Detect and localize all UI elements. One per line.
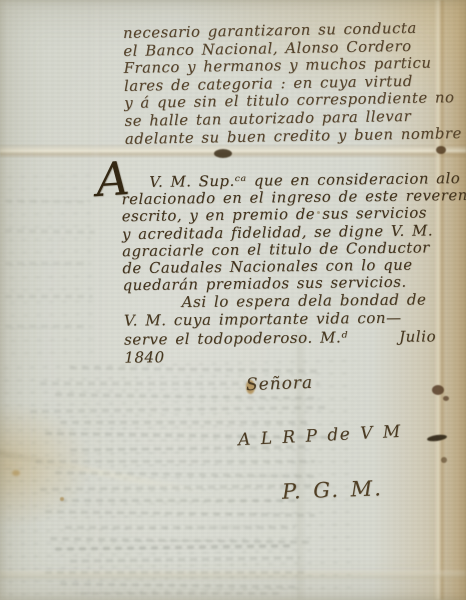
valediction-line: A L R P de V M [238,422,403,451]
ghost-writing-line [70,366,320,372]
ghost-writing-line [70,556,300,562]
crease-stain [441,457,447,463]
ghost-writing-line [55,393,315,400]
ghost-writing-line [35,460,315,463]
address-senora: Señora [246,373,314,395]
signature-initials: P. G. M. [282,476,384,504]
diagonal-crease [0,448,216,498]
ghost-writing-line [5,229,95,233]
date-line: 1840 [124,346,436,368]
left-vertical-crease [92,0,99,600]
foxing-speck [60,497,64,501]
crease-stain [436,146,446,154]
ghost-writing-line [30,406,330,413]
closing-paragraph: Asi lo espera dela bondad de V. M. cuya … [124,290,437,367]
ghost-writing-line [60,582,300,588]
ghost-writing-line [45,510,315,517]
ghost-writing-line [60,421,310,424]
ink-blot-stain [214,149,232,158]
ghost-writing-line [80,592,280,595]
body-paragraph: necesario garantizaron su conducta el Ba… [123,19,462,148]
manuscript-line: serve el todopoderoso. M.ᵈ Julio [124,327,436,349]
ghost-writing-line [5,262,85,265]
ghost-writing-line [5,199,90,203]
ghost-writing-line [60,499,300,502]
crease-stain [427,434,448,443]
middle-vertical-crease [297,330,303,600]
ghost-writing-line [55,471,315,478]
manuscript-scan: necesario garantizaron su conducta el Ba… [0,0,466,600]
bottom-horizontal-crease [0,571,466,579]
ghost-writing-upper-left [0,164,100,361]
crease-stain [443,396,449,401]
ghost-writing-line [5,325,87,328]
ghost-writing-line [5,295,93,298]
ghost-writing-line [45,571,305,574]
ghost-writing-line [65,526,295,529]
horizontal-fold-crease [0,145,466,158]
petition-paragraph: V. M. Sup.ᶜᵃ que en consideracion alo re… [121,170,466,295]
ghost-writing-line [50,537,310,544]
crease-stain [432,385,444,395]
ghost-writing-line [55,544,295,550]
foxing-speck [12,470,20,476]
